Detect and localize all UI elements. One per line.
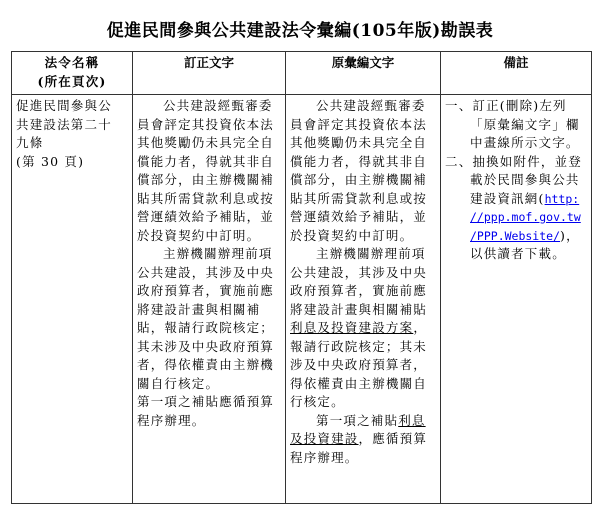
note-item-2: 二、抽換如附件，並登 bbox=[445, 153, 587, 172]
struck-text: 及投資建設 bbox=[290, 431, 359, 446]
header-corrected: 訂正文字 bbox=[133, 52, 286, 95]
errata-table: 法令名稱 (所在頁次) 訂正文字 原彙編文字 備註 促進民間參與公 共建設法第二… bbox=[11, 51, 592, 504]
note-item-1: 一、訂正(刪除)左列 bbox=[445, 97, 587, 116]
text-segment: 第一項之補貼 bbox=[316, 413, 398, 428]
text-line: 及投資建設，應循預算 bbox=[290, 430, 436, 449]
text-line: 其未涉及中央政府預算 bbox=[137, 338, 281, 357]
text-line: 公共建設，其涉及中央 bbox=[290, 264, 436, 283]
text-line: 建設資訊網(http: bbox=[445, 190, 587, 209]
text-line: 償部分，由主辦機關補 bbox=[290, 171, 436, 190]
header-law-name: 法令名稱 (所在頁次) bbox=[12, 52, 133, 95]
document-title: 促進民間參與公共建設法令彙編(105年版)勘誤表 bbox=[0, 16, 600, 41]
text-line: 「原彙編文字」欄 bbox=[445, 116, 587, 135]
struck-text: 利息及投資建設方案 bbox=[290, 320, 413, 335]
text-line: 促進民間參與公 bbox=[16, 97, 128, 116]
cell-original-text: 公共建設經甄審委 員會評定其投資依本法 其他獎勵仍未具完全自 償能力者，得就其非… bbox=[286, 95, 441, 504]
text-line: 員會評定其投資依本法 bbox=[137, 116, 281, 135]
text-line: /PPP.Website/)， bbox=[445, 227, 587, 246]
header-notes: 備註 bbox=[441, 52, 592, 95]
text-line: 公共建設經甄審委 bbox=[290, 97, 436, 116]
struck-text: 利息 bbox=[398, 413, 425, 428]
punctuation: ， bbox=[413, 320, 427, 335]
text-line: 以供讀者下載。 bbox=[445, 245, 587, 264]
text-line: 償能力者，得就其非自 bbox=[290, 153, 436, 172]
text-line: 營運績效給予補貼，並 bbox=[137, 208, 281, 227]
text-line: 涉及中央政府預算者， bbox=[290, 356, 436, 375]
text-line: 將建設計畫與相關補貼 bbox=[290, 301, 436, 320]
text-line: 主辦機關辦理前項 bbox=[290, 245, 436, 264]
text-line: 第一項之補貼應循預算 bbox=[137, 393, 281, 412]
text-line: 公共建設經甄審委 bbox=[137, 97, 281, 116]
text-segment: 建設資訊網( bbox=[470, 191, 545, 206]
text-line: 九條 bbox=[16, 134, 128, 153]
website-link[interactable]: //ppp.mof.gov.tw bbox=[470, 210, 581, 224]
cell-law-name: 促進民間參與公 共建設法第二十 九條 (第 30 頁) bbox=[12, 95, 133, 504]
text-segment: )， bbox=[560, 228, 580, 243]
header-row: 法令名稱 (所在頁次) 訂正文字 原彙編文字 備註 bbox=[12, 52, 592, 95]
text-line: 公共建設，其涉及中央 bbox=[137, 264, 281, 283]
text-line: 員會評定其投資依本法 bbox=[290, 116, 436, 135]
text-line: 行核定。 bbox=[290, 393, 436, 412]
text-line: 共建設法第二十 bbox=[16, 116, 128, 135]
website-link[interactable]: /PPP.Website/ bbox=[470, 229, 560, 243]
header-original: 原彙編文字 bbox=[286, 52, 441, 95]
header-law-name-label: 法令名稱 bbox=[16, 54, 128, 73]
header-page-label: (所在頁次) bbox=[16, 73, 128, 92]
text-line: 利息及投資建設方案， bbox=[290, 319, 436, 338]
website-link[interactable]: http: bbox=[545, 192, 580, 206]
text-line: 其他獎勵仍未具完全自 bbox=[137, 134, 281, 153]
text-line: 營運績效給予補貼，並 bbox=[290, 208, 436, 227]
table-row: 促進民間參與公 共建設法第二十 九條 (第 30 頁) 公共建設經甄審委 員會評… bbox=[12, 95, 592, 504]
text-line: 於投資契約中訂明。 bbox=[290, 227, 436, 246]
text-line: 關自行核定。 bbox=[137, 375, 281, 394]
text-line: 其他獎勵仍未具完全自 bbox=[290, 134, 436, 153]
text-line: 貼，報請行政院核定； bbox=[137, 319, 281, 338]
text-line: //ppp.mof.gov.tw bbox=[445, 208, 587, 227]
text-line: 得依權責由主辦機關自 bbox=[290, 375, 436, 394]
text-line: 主辦機關辦理前項 bbox=[137, 245, 281, 264]
text-line: 程序辦理。 bbox=[137, 412, 281, 431]
text-line: 者，得依權責由主辦機 bbox=[137, 356, 281, 375]
text-line: 程序辦理。 bbox=[290, 449, 436, 468]
text-line: 報請行政院核定；其未 bbox=[290, 338, 436, 357]
text-line: 將建設計畫與相關補 bbox=[137, 301, 281, 320]
text-line: 第一項之補貼利息 bbox=[290, 412, 436, 431]
text-line: 於投資契約中訂明。 bbox=[137, 227, 281, 246]
text-line: 償能力者，得就其非自 bbox=[137, 153, 281, 172]
cell-notes: 一、訂正(刪除)左列 「原彙編文字」欄 中畫線所示文字。 二、抽換如附件，並登 … bbox=[441, 95, 592, 504]
text-segment: ，應循預算 bbox=[359, 431, 428, 446]
cell-corrected-text: 公共建設經甄審委 員會評定其投資依本法 其他獎勵仍未具完全自 償能力者，得就其非… bbox=[133, 95, 286, 504]
text-line: 貼其所需貸款利息或按 bbox=[290, 190, 436, 209]
text-line: (第 30 頁) bbox=[16, 153, 128, 172]
text-line: 貼其所需貸款利息或按 bbox=[137, 190, 281, 209]
text-line: 載於民間參與公共 bbox=[445, 171, 587, 190]
text-line: 中畫線所示文字。 bbox=[445, 134, 587, 153]
text-line: 政府預算者，實施前應 bbox=[290, 282, 436, 301]
text-line: 政府預算者，實施前應 bbox=[137, 282, 281, 301]
text-line: 償部分，由主辦機關補 bbox=[137, 171, 281, 190]
